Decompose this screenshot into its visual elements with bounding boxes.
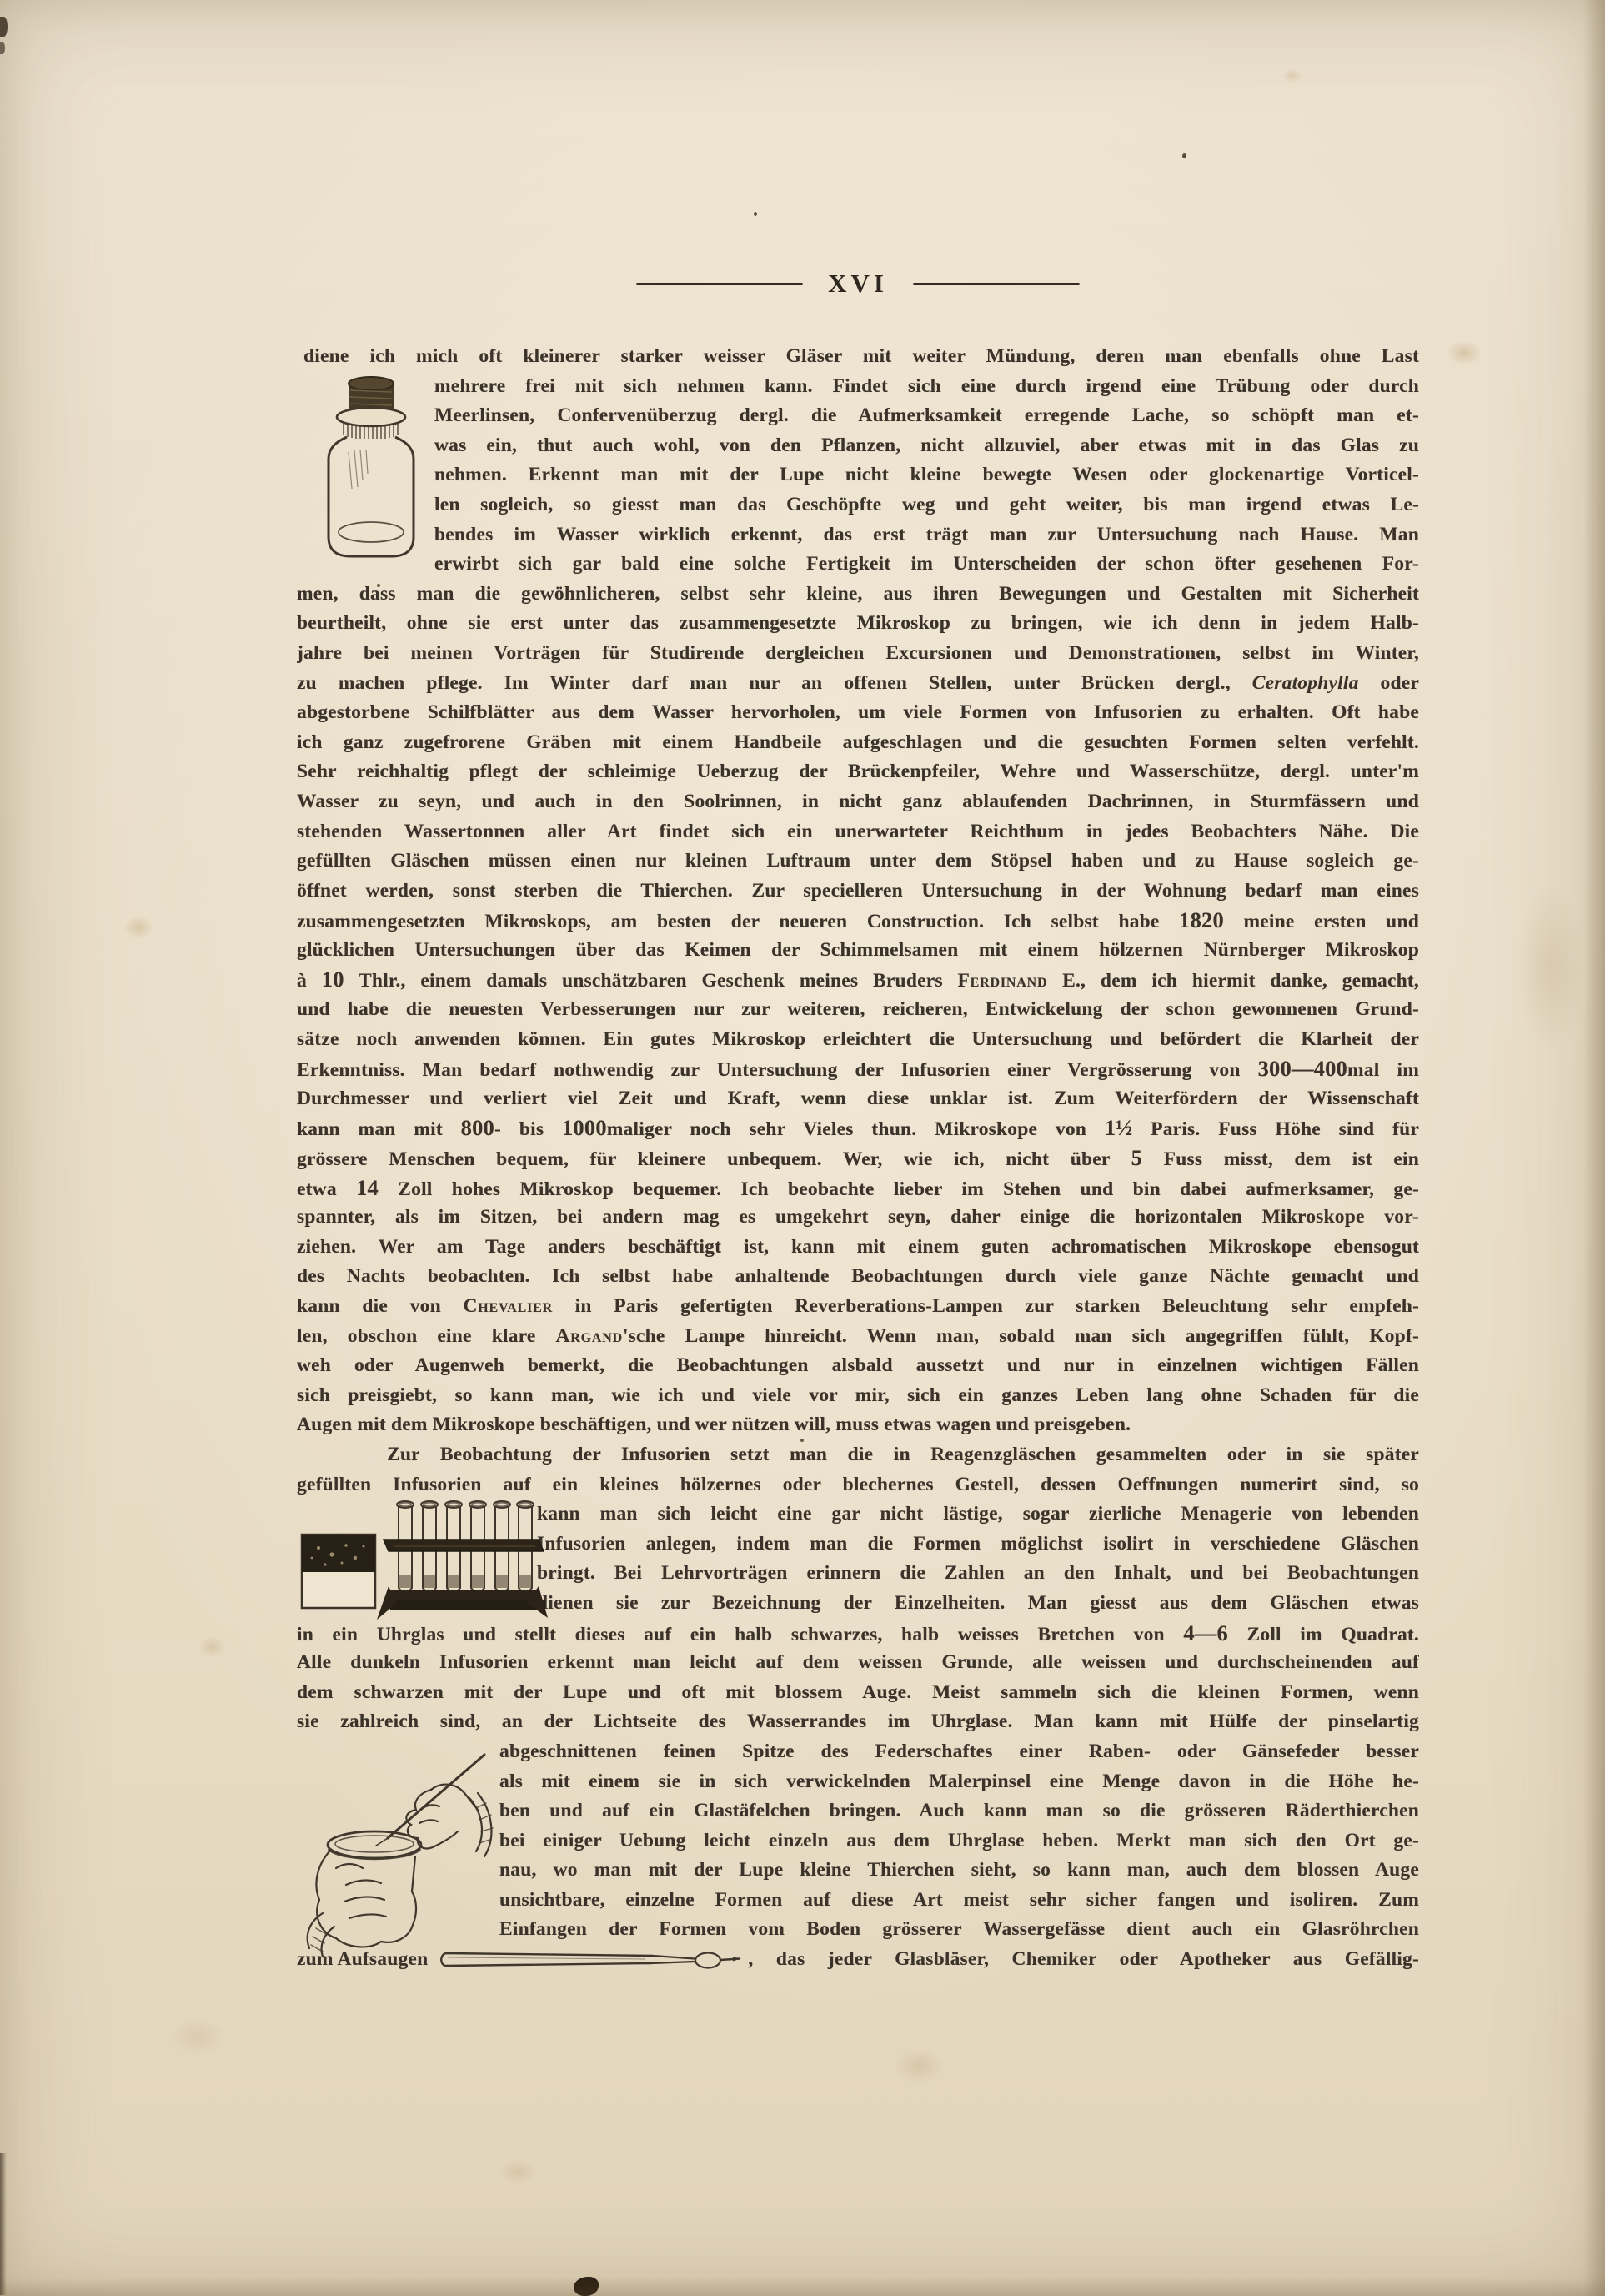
text-line: ziehen. Wer am Tage anders beschäftigt i… — [297, 1233, 1419, 1263]
text-line: jahre bei meinen Vorträgen für Studirend… — [297, 639, 1419, 669]
text-line: spannter, als im Sitzen, bei andern mag … — [297, 1203, 1419, 1233]
foxing-stain — [171, 2018, 224, 2055]
text-line: Meerlinsen, Confervenüberzug dergl. die … — [434, 401, 1419, 431]
specimen-jar-figure — [324, 372, 420, 559]
text-line: des Nachts beobachten. Ich selbst habe a… — [297, 1262, 1419, 1292]
text-line: men, dass man die gewöhnlicheren, selbst… — [297, 580, 1419, 610]
text-line: zu machen pflege. Im Winter darf man nur… — [297, 669, 1419, 699]
scanned-book-page: { "page": { "number_label": "XVI" }, "co… — [0, 0, 1605, 2296]
page-edge-shadow-bottom — [0, 2278, 1605, 2296]
text-line: à 10 Thlr., einem damals unschätzbaren G… — [297, 965, 1419, 995]
ink-speck — [754, 212, 757, 216]
text-line: als mit einem sie in sich verwickelnden … — [499, 1767, 1419, 1797]
text-line: Augen mit dem Mikroskope beschäftigen, u… — [297, 1410, 1419, 1440]
header-rule-left — [636, 283, 803, 285]
black-white-board-figure — [300, 1533, 377, 1610]
text-line: Einfangen der Formen vom Boden grösserer… — [499, 1915, 1419, 1945]
text-line: erwirbt sich gar bald eine solche Fertig… — [434, 550, 1419, 580]
text-line: diene ich mich oft kleinerer starker wei… — [303, 342, 1419, 372]
text-line: stehenden Wassertonnen aller Art findet … — [297, 817, 1419, 847]
text-line: gefüllten Gläschen müssen einen nur klei… — [297, 847, 1419, 877]
text-line: sich preisgiebt, so kann man, wie ich un… — [297, 1381, 1419, 1411]
text-line: unsichtbare, einzelne Formen auf diese A… — [499, 1886, 1419, 1916]
text-line: grössere Menschen bequem, für kleinere u… — [297, 1143, 1419, 1173]
page-edge-shadow-right — [1583, 0, 1605, 2296]
text-line: beurtheilt, ohne sie erst unter das zusa… — [297, 609, 1419, 639]
text-line: sie zahlreich sind, an der Lichtseite de… — [297, 1707, 1419, 1737]
text-line: ben und auf ein Glastäfelchen bringen. A… — [499, 1796, 1419, 1826]
text-line: Alle dunkeln Infusorien erkennt man leic… — [297, 1648, 1419, 1678]
foxing-stain — [894, 2048, 944, 2083]
text-line: weh oder Augenweh bemerkt, die Beobachtu… — [297, 1351, 1419, 1381]
foxing-stain — [123, 916, 153, 939]
text-line: Sehr reichhaltig pflegt der schleimige U… — [297, 757, 1419, 787]
foxing-stain — [1282, 68, 1302, 83]
page-number: XVI — [828, 269, 888, 299]
text-line: abgestorbene Schilfblätter aus dem Wasse… — [297, 698, 1419, 728]
page-edge-mark-top-left-2 — [0, 42, 5, 54]
ink-speck — [1182, 153, 1186, 158]
text-line: kann die von Chevalier in Paris gefertig… — [297, 1292, 1419, 1322]
page-edge-mark-bottom-left — [0, 2153, 7, 2295]
body-text: diene ich mich oft kleinerer starker wei… — [297, 342, 1419, 1975]
text-line: Erkenntniss. Man bedarf nothwendig zur U… — [297, 1054, 1419, 1084]
foxing-stain — [1517, 884, 1584, 1051]
tube-line-after: , das jeder Glasbläser, Chemiker oder Ap… — [748, 1945, 1419, 1975]
text-line: kann man mit 800- bis 1000maliger noch s… — [297, 1113, 1419, 1143]
text-line: und habe die neuesten Verbesserungen nur… — [297, 995, 1419, 1025]
text-line: etwa 14 Zoll hohes Mikroskop bequemer. I… — [297, 1173, 1419, 1203]
test-tube-rack-figure — [377, 1488, 548, 1628]
text-line: dienen sie zur Bezeichnung der Einzelhei… — [537, 1589, 1419, 1619]
text-line: Wasser zu seyn, und auch in den Soolrinn… — [297, 787, 1419, 817]
text-line: öffnet werden, sonst sterben die Thierch… — [297, 877, 1419, 907]
text-line: nau, wo man mit der Lupe kleine Thierche… — [499, 1856, 1419, 1886]
text-line: glücklichen Untersuchungen über das Keim… — [297, 936, 1419, 966]
text-line: was ein, thut auch wohl, von den Pflanze… — [434, 431, 1419, 461]
text-line: len sogleich, so giesst man das Geschöpf… — [434, 490, 1419, 520]
text-line: Infusorien anlegen, indem man die Formen… — [537, 1530, 1419, 1560]
running-head: XVI — [297, 269, 1419, 299]
text-line: bei einiger Uebung leicht einzeln aus de… — [499, 1826, 1419, 1856]
page-edge-mark-top-left — [0, 17, 8, 37]
hands-watchglass-quill-figure — [298, 1750, 496, 1962]
text-line: bendes im Wasser wirklich erkennt, das e… — [434, 520, 1419, 550]
text-line: Durchmesser und verliert viel Zeit und K… — [297, 1084, 1419, 1114]
header-rule-right — [913, 283, 1080, 285]
text-line: ich ganz zugefrorene Gräben mit einem Ha… — [297, 728, 1419, 758]
text-line: mehrere frei mit sich nehmen kann. Finde… — [434, 372, 1419, 402]
text-line: Zur Beobachtung der Infusorien setzt man… — [387, 1440, 1419, 1470]
text-line: nehmen. Erkennt man mit der Lupe nicht k… — [434, 460, 1419, 490]
text-line: sätze noch anwenden können. Ein gutes Mi… — [297, 1025, 1419, 1055]
text-line: len, obschon eine klare Argand'sche Lamp… — [297, 1322, 1419, 1352]
foxing-stain — [198, 1636, 225, 1658]
foxing-stain — [499, 2158, 537, 2185]
text-line: kann man sich leicht eine gar nicht läst… — [537, 1500, 1419, 1530]
text-line: bringt. Bei Lehrvorträgen erinnern die Z… — [537, 1559, 1419, 1589]
foxing-stain — [1447, 340, 1482, 365]
text-line: zusammengesetzten Mikroskops, am besten … — [297, 906, 1419, 936]
text-line: abgeschnittenen feinen Spitze des Feders… — [499, 1737, 1419, 1767]
text-line: dem schwarzen mit der Lupe und oft mit b… — [297, 1678, 1419, 1708]
